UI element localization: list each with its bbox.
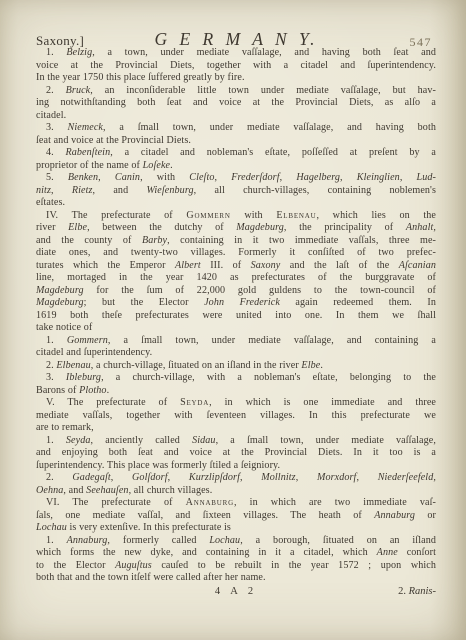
text-run: Golſdorf [132, 472, 168, 483]
text-run: Annaburg [67, 535, 108, 546]
text-line: eſtates. [36, 197, 436, 210]
text-run: . [170, 160, 173, 171]
text-run: eſtates. [36, 197, 65, 208]
text-run: III. of [201, 260, 251, 271]
text-run: , [340, 172, 357, 183]
text-run: both that and the town itſelf were calle… [36, 572, 266, 583]
text-run: line, mortaged in the year 1420 as prefe… [36, 272, 436, 283]
text-run: . [320, 360, 323, 371]
text-run: Frederſdorf [231, 172, 279, 183]
text-run: Belzig [66, 47, 92, 58]
text-run: Magdeburg [236, 222, 284, 233]
text-line: voice at the Provincial Diets, together … [36, 60, 436, 73]
text-run: for the ſum of 22,000 gold guldens to th… [84, 285, 436, 296]
text-run: 1. [46, 335, 67, 346]
text-run: Seehauſen [86, 485, 128, 496]
text-run: Hagelberg [296, 172, 340, 183]
text-run: Canin [115, 172, 140, 183]
text-run: nitz [36, 185, 51, 196]
text-run: , a ſmall town, under mediate vaſſalage,… [103, 122, 436, 133]
text-line: and enjoying both ſeat and voice at the … [36, 447, 436, 460]
text-run: Annaburg [186, 497, 234, 508]
text-run: , a town, under mediate vaſſalage, and h… [92, 47, 436, 58]
text-run: Seyda [180, 397, 209, 408]
text-run: Rietz [72, 185, 93, 196]
text-run: , and [63, 485, 86, 496]
text-run: , a borough, ſituated on an iſland [240, 535, 436, 546]
text-run: . [107, 385, 110, 396]
text-run: , a ſmall town, under mediate vaſſalage, [216, 435, 436, 446]
text-run: voice at the Provincial Diets, together … [36, 60, 436, 71]
text-run: 4. [46, 147, 66, 158]
text-run: , a church-village, with a nobleman's eſ… [101, 372, 436, 383]
text-run: , [356, 472, 377, 483]
text-run: Sidau [192, 435, 216, 446]
text-line: Magdeburg for the ſum of 22,000 gold gul… [36, 285, 436, 298]
text-run: and the county of [36, 235, 142, 246]
catchword: 2. Ranis- [398, 586, 436, 597]
text-run: Magdeburg [36, 285, 84, 296]
text-run: Annaburg [374, 510, 415, 521]
text-run: , anciently called [91, 435, 193, 446]
text-run: Aſcanian [399, 260, 436, 271]
text-line: 1. Belzig, a town, under mediate vaſſala… [36, 47, 436, 60]
text-run: Auguſtus [115, 560, 152, 571]
text-run: and the laſt of the [280, 260, 398, 271]
text-run: ſeat and voice at the Provincial Diets. [36, 135, 191, 146]
text-run: 1619 both theſe prefecturates were unite… [36, 310, 436, 321]
text-run: ſuperintendency. This place was formerly… [36, 460, 280, 471]
text-block: 1. Belzig, a town, under mediate vaſſala… [36, 47, 436, 585]
text-run: Ranis- [409, 586, 436, 597]
text-run: Morxdorf [317, 472, 357, 483]
text-line: ſeat and voice at the Provincial Diets. [36, 135, 436, 148]
text-line: Barons of Plotho. [36, 385, 436, 398]
text-run: ing notwithſtanding both ſeat and voice … [36, 97, 436, 108]
text-run: , all church villages. [129, 485, 213, 496]
text-line: and the county of Barby, containing in i… [36, 235, 436, 248]
text-run: , [215, 172, 232, 183]
text-run: Gommern [186, 210, 230, 221]
text-run: , in which are two immediate vaſ- [234, 497, 436, 508]
text-run: Kurzlipſdorf [189, 472, 240, 483]
text-line: turates which the Emperor Albert III. of… [36, 260, 436, 273]
text-line: 4. Rabenſtein, a citadel and nobleman's … [36, 147, 436, 160]
book-page: Saxony.] G E R M A N Y. 547 1. Belzig, a… [0, 0, 466, 640]
text-run: , an inconſiderable little town under me… [90, 85, 436, 96]
text-line: 3. Ibleburg, a church-village, with a no… [36, 372, 436, 385]
text-line: Oehna, and Seehauſen, all church village… [36, 485, 436, 498]
text-run: proprietor of the name of [36, 160, 143, 171]
text-run: , a citadel and nobleman's eſtate, poſſe… [110, 147, 436, 158]
text-line: line, mortaged in the year 1420 as prefe… [36, 272, 436, 285]
text-run: 3. [46, 372, 66, 383]
text-run: citadel and ſuperintendency. [36, 347, 152, 358]
text-line: 3. Niemeck, a ſmall town, under mediate … [36, 122, 436, 135]
text-run: Oehna [36, 485, 63, 496]
text-run: , [51, 185, 72, 196]
text-run: Bruck [66, 85, 91, 96]
text-run: , [111, 472, 132, 483]
text-run: John Frederick [204, 297, 280, 308]
text-line: 2. Gadegaſt, Golſdorf, Kurzlipſdorf, Mol… [36, 472, 436, 485]
text-run: or [415, 510, 436, 521]
text-run: Seyda [66, 435, 91, 446]
text-line: citadel. [36, 110, 436, 123]
text-run: Gadegaſt [72, 472, 110, 483]
text-line: Magdeburg; but the Elector John Frederic… [36, 297, 436, 310]
text-run: again redeemed them. In [280, 297, 436, 308]
text-line: IV. The prefecturate of Gommern with Elb… [36, 210, 436, 223]
text-run: Wieſenburg [146, 185, 193, 196]
text-line: both that and the town itſelf were calle… [36, 572, 436, 585]
text-line: ſals, one mediate vaſſal, and ſixteen vi… [36, 510, 436, 523]
text-run: 2. [46, 472, 72, 483]
text-run: Gommern [67, 335, 108, 346]
text-run: , all church-villages, containing noblem… [194, 185, 436, 196]
text-line: 1. Annaburg, formerly called Lochau, a b… [36, 535, 436, 548]
text-line: river Elbe, between the dutchy of Magdeb… [36, 222, 436, 235]
text-run: , which lies on the [316, 210, 436, 221]
text-run: cauſed to be rebuilt in the year 1572 ; … [152, 560, 436, 571]
text-line: mediate vaſſals, together with ſeventeen… [36, 410, 436, 423]
text-run: Saxony [251, 260, 281, 271]
text-run: turates which the Emperor [36, 260, 175, 271]
text-run: 1. [46, 435, 66, 446]
text-line: 5. Benken, Canin, with Cleſto, Frederſdo… [36, 172, 436, 185]
text-run: 2. [398, 586, 409, 597]
text-run: , the principality of [284, 222, 406, 233]
text-run: conſort [398, 547, 436, 558]
text-run: ; but the Elector [84, 297, 204, 308]
text-run: 2. [46, 85, 66, 96]
text-run: , [240, 472, 261, 483]
text-run: Cleſto [189, 172, 214, 183]
text-line: VI. The prefecturate of Annaburg, in whi… [36, 497, 436, 510]
text-run: Elbe [68, 222, 87, 233]
text-run: Magdeburg [36, 297, 84, 308]
text-run: Lochau [36, 522, 67, 533]
text-run: Lud- [417, 172, 436, 183]
text-run: Rabenſtein [66, 147, 111, 158]
text-run: , with [140, 172, 189, 183]
text-run: river [36, 222, 68, 233]
text-run: In the year 1750 this place ſuffered gre… [36, 72, 245, 83]
text-run: , [168, 472, 189, 483]
text-run: , containing in it two immediate vaſſals… [167, 235, 436, 246]
text-line: to the Elector Auguſtus cauſed to be reb… [36, 560, 436, 573]
text-run: diate ones, and twenty-two villages. For… [36, 247, 436, 258]
text-run: mediate vaſſals, together with ſeventeen… [36, 410, 436, 421]
text-run: Mollnitz [261, 472, 295, 483]
text-run: , [296, 472, 317, 483]
text-run: Anne [377, 547, 398, 558]
text-line: citadel and ſuperintendency. [36, 347, 436, 360]
text-line: ſuperintendency. This place was formerly… [36, 460, 436, 473]
text-run: , [280, 172, 297, 183]
text-line: proprietor of the name of Loſeke. [36, 160, 436, 173]
text-run: are to remark, [36, 422, 94, 433]
text-run: , formerly called [107, 535, 209, 546]
text-line: take notice of [36, 322, 436, 335]
text-run: take notice of [36, 322, 92, 333]
text-line: 2. Elbenau, a church-village, ſituated o… [36, 360, 436, 373]
text-run: IV. The prefecturate of [46, 210, 186, 221]
text-run: Elbenau [276, 210, 316, 221]
text-run: 1. [46, 47, 66, 58]
text-line: nitz, Rietz, and Wieſenburg, all church-… [36, 185, 436, 198]
text-run: VI. The prefecturate of [46, 497, 186, 508]
text-run: Benken [68, 172, 98, 183]
text-run: Barons of [36, 385, 79, 396]
text-run: , [98, 172, 115, 183]
text-run: Kleinglien [357, 172, 400, 183]
text-run: , [433, 472, 436, 483]
text-line: 1. Gommern, a ſmall town, under mediate … [36, 335, 436, 348]
text-line: 2. Bruck, an inconſiderable little town … [36, 85, 436, 98]
signature-mark: 4 A 2 [36, 586, 436, 597]
text-run: Elbenau [56, 360, 90, 371]
text-run: Lochau [209, 535, 240, 546]
text-run: Anhalt [406, 222, 434, 233]
text-line: which forms the new dyke, and containing… [36, 547, 436, 560]
text-run: which forms the new dyke, and containing… [36, 547, 377, 558]
text-run: citadel. [36, 110, 66, 121]
text-run: , [400, 172, 417, 183]
text-run: , a church-village, ſituated on an iſlan… [91, 360, 302, 371]
text-run: to the Elector [36, 560, 115, 571]
text-line: 1619 both theſe prefecturates were unite… [36, 310, 436, 323]
text-run: , a ſmall town, under mediate vaſſalage,… [108, 335, 436, 346]
text-run: is very extenſive. In this prefecturate … [67, 522, 231, 533]
text-line: Lochau is very extenſive. In this prefec… [36, 522, 436, 535]
text-run: 1. [46, 535, 67, 546]
text-line: ing notwithſtanding both ſeat and voice … [36, 97, 436, 110]
text-run: Loſeke [143, 160, 171, 171]
text-run: V. The prefecturate of [46, 397, 180, 408]
text-run: Albert [175, 260, 201, 271]
text-run: , between the dutchy of [87, 222, 236, 233]
page-footer: 4 A 2 2. Ranis- [36, 586, 436, 600]
text-run: , in which is one immediate and three [209, 397, 436, 408]
text-run: and enjoying both ſeat and voice at the … [36, 447, 436, 458]
text-line: V. The prefecturate of Seyda, in which i… [36, 397, 436, 410]
text-run: Niederſeefeld [378, 472, 434, 483]
text-run: Niemeck [68, 122, 103, 133]
text-run: Ibleburg [66, 372, 101, 383]
text-run: 2. [46, 360, 56, 371]
text-line: 1. Seyda, anciently called Sidau, a ſmal… [36, 435, 436, 448]
text-run: , [433, 222, 436, 233]
text-run: , and [93, 185, 147, 196]
text-line: diate ones, and twenty-two villages. For… [36, 247, 436, 260]
text-run: Elbe [301, 360, 320, 371]
text-line: are to remark, [36, 422, 436, 435]
text-line: In the year 1750 this place ſuffered gre… [36, 72, 436, 85]
text-run: 5. [46, 172, 68, 183]
text-run: Plotho [79, 385, 107, 396]
text-run: 3. [46, 122, 68, 133]
text-run: ſals, one mediate vaſſal, and ſixteen vi… [36, 510, 374, 521]
text-run: with [231, 210, 277, 221]
text-run: Barby [142, 235, 167, 246]
